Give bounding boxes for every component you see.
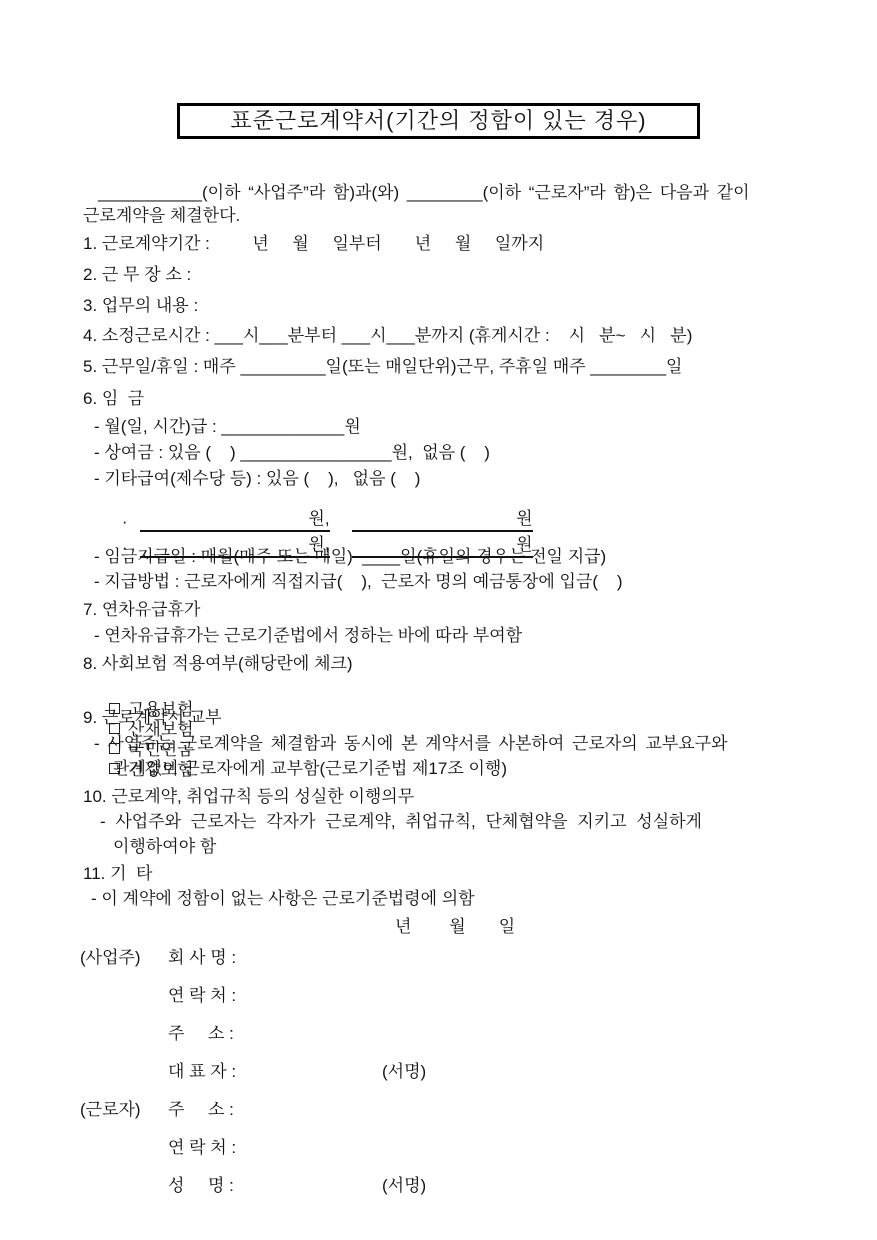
clause-3-job-description: 3. 업무의 내용 : bbox=[83, 296, 198, 316]
others-detail-line: - 이 계약에 정함이 없는 사항은 근로기준법령에 의함 bbox=[91, 889, 475, 909]
document-title: 표준근로계약서(기간의 정함이 있는 경우) bbox=[230, 108, 646, 133]
signature-party-employer: (사업주) bbox=[80, 948, 141, 968]
intro-line-2: 근로계약을 체결한다. bbox=[83, 206, 240, 226]
clause-6-wages: 6. 임 금 bbox=[83, 389, 144, 409]
clause-5-workdays-holidays: 5. 근무일/휴일 : 매주 _________일(또는 매일단위)근무, 주휴… bbox=[83, 357, 682, 377]
employer-representative-label: 대 표 자 : bbox=[168, 1062, 236, 1082]
worker-contact-label: 연 락 처 : bbox=[168, 1138, 236, 1158]
wage-amount-line: - 월(일, 시간)급 : _____________원 bbox=[94, 417, 361, 437]
worker-name-label: 성 명 : bbox=[168, 1176, 234, 1196]
employer-contact-label: 연 락 처 : bbox=[168, 986, 236, 1006]
extra-allowance-blank-row-2: ·원,원 bbox=[103, 514, 533, 578]
employer-address-label: 주 소 : bbox=[168, 1024, 234, 1044]
clause-8-social-insurance: 8. 사회보험 적용여부(해당란에 체크) bbox=[83, 654, 353, 674]
worker-signature-placeholder: (서명) bbox=[382, 1176, 426, 1196]
intro-line-1: ___________(이하 “사업주”라 함)과(와) ________(이하… bbox=[98, 183, 750, 203]
employer-company-name-label: 회 사 명 : bbox=[168, 948, 236, 968]
clause-11-others: 11. 기 타 bbox=[83, 864, 152, 884]
signature-party-worker: (근로자) bbox=[80, 1100, 141, 1120]
payment-method-line: - 지급방법 : 근로자에게 직접지급( ), 근로자 명의 예금통장에 입금(… bbox=[94, 572, 623, 592]
employer-signature-placeholder: (서명) bbox=[382, 1062, 426, 1082]
clause-4-working-hours: 4. 소정근로시간 : ___시___분부터 ___시___분까지 (휴게시간 … bbox=[83, 326, 692, 346]
contract-delivery-detail-line-1: - 사업주는 근로계약을 체결함과 동시에 본 계약서를 사본하여 근로자의 교… bbox=[94, 734, 728, 754]
labor-contract-document: 표준근로계약서(기간의 정함이 있는 경우) ___________(이하 “사… bbox=[0, 0, 877, 1240]
payday-line: - 임금지급일 : 매월(매주 또는 매일) ____일(휴일의 경우는 전일 … bbox=[94, 547, 606, 567]
clause-2-workplace: 2. 근 무 장 소 : bbox=[83, 265, 191, 285]
contract-date-line: 년 월 일 bbox=[395, 917, 515, 937]
worker-address-label: 주 소 : bbox=[168, 1100, 234, 1120]
clause-1-contract-period: 1. 근로계약기간 : 년 월 일부터 년 월 일까지 bbox=[83, 234, 544, 254]
clause-10-faithful-performance: 10. 근로계약, 취업규칙 등의 성실한 이행의무 bbox=[83, 787, 414, 807]
clause-9-contract-delivery: 9. 근로계약서 교부 bbox=[83, 708, 222, 728]
contract-delivery-detail-line-2: 관계없이 근로자에게 교부함(근로기준법 제17조 이행) bbox=[113, 759, 507, 779]
annual-leave-detail-line: - 연차유급휴가는 근로기준법에서 정하는 바에 따라 부여함 bbox=[94, 626, 522, 646]
document-title-box: 표준근로계약서(기간의 정함이 있는 경우) bbox=[177, 103, 700, 139]
faithful-performance-detail-line-1: - 사업주와 근로자는 각자가 근로계약, 취업규칙, 단체협약을 지키고 성실… bbox=[100, 812, 702, 832]
faithful-performance-detail-line-2: 이행하여야 함 bbox=[113, 837, 216, 857]
extra-allowance-line: - 기타급여(제수당 등) : 있음 ( ), 없음 ( ) bbox=[94, 469, 420, 489]
bonus-line: - 상여금 : 있음 ( ) ________________원, 없음 ( ) bbox=[94, 443, 490, 463]
clause-7-annual-leave: 7. 연차유급휴가 bbox=[83, 600, 200, 620]
